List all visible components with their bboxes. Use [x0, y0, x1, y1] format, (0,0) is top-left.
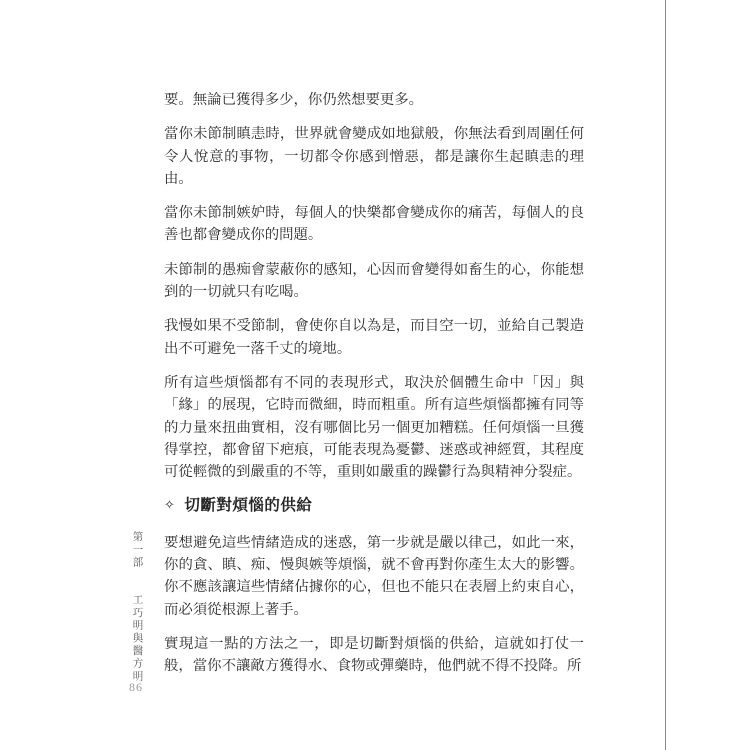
part-title-label: 工巧明與醫方明: [132, 594, 143, 683]
paragraph: 當你未節制瞋恚時，世界就會變成如地獄般，你無法看到周圍任何令人悅意的事物，一切都…: [164, 123, 584, 190]
paragraph: 要。無論已獲得多少，你仍然想要更多。: [164, 89, 584, 111]
page-content: 要。無論已獲得多少，你仍然想要更多。 當你未節制瞋恚時，世界就會變成如地獄般，你…: [164, 89, 584, 690]
paragraph: 要想避免這些情緒造成的迷惑，第一步就是嚴以律己，如此一來，你的貪、瞋、痴、慢與嫉…: [164, 532, 584, 621]
paragraph: 我慢如果不受節制，會使你自以為是，而目空一切，並給自己製造出不可避免一落千丈的境…: [164, 315, 584, 360]
four-pointed-star-icon: ✧: [164, 497, 175, 512]
book-page: 第一部 工巧明與醫方明 86 要。無論已獲得多少，你仍然想要更多。 當你未節制瞋…: [0, 0, 750, 750]
paragraph: 未節制的愚痴會蒙蔽你的感知，心因而會變得如畜生的心，你能想到的一切就只有吃喝。: [164, 259, 584, 304]
part-sidebar: 第一部 工巧明與醫方明: [131, 531, 142, 683]
section-heading: ✧切斷對煩惱的供給: [164, 495, 584, 517]
section-title: 切斷對煩惱的供給: [184, 497, 312, 514]
paragraph: 所有這些煩惱都有不同的表現形式，取決於個體生命中「因」與「緣」的展現，它時而微細…: [164, 372, 584, 483]
page-edge-line: [665, 0, 666, 750]
part-number-label: 第一部: [132, 531, 143, 569]
page-number: 86: [129, 680, 143, 695]
paragraph: 實現這一點的方法之一，即是切斷對煩惱的供給，這就如打仗一般，當你不讓敵方獲得水、…: [164, 633, 584, 678]
paragraph: 當你未節制嫉妒時，每個人的快樂都會變成你的痛苦，每個人的良善也都會變成你的問題。: [164, 202, 584, 247]
